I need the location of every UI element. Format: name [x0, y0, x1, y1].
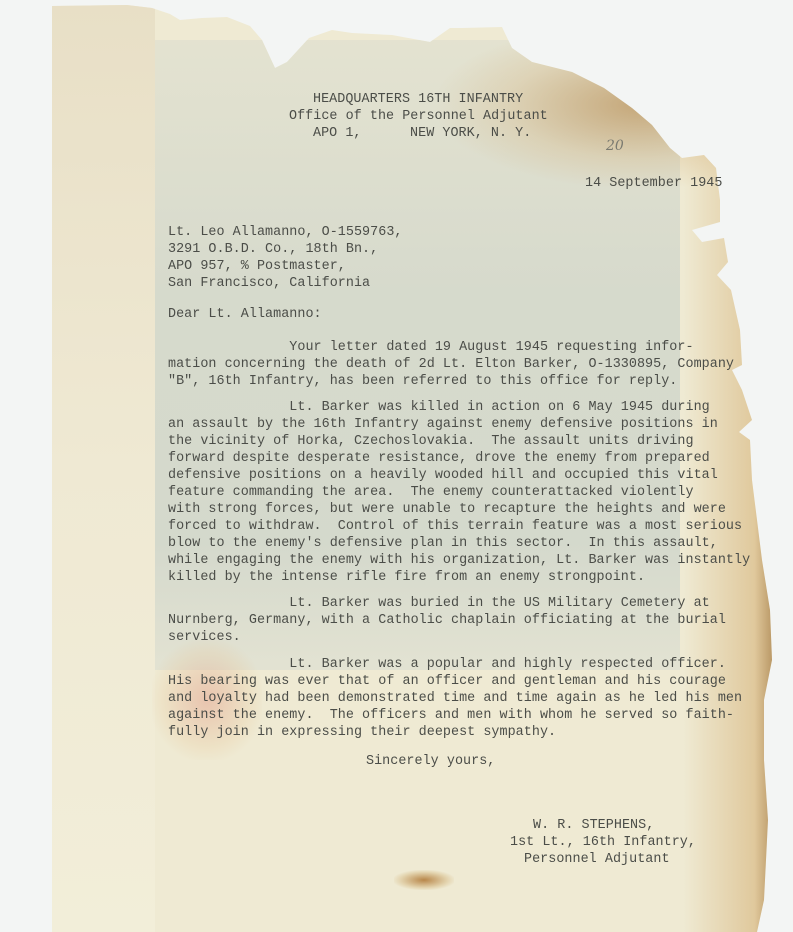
- body-line: killed by the intense rifle fire from an…: [168, 569, 645, 586]
- signature-name: W. R. STEPHENS,: [533, 817, 654, 834]
- letter-date: 14 September 1945: [585, 175, 722, 192]
- burn-spot: [394, 870, 454, 890]
- body-line: blow to the enemy's defensive plan in th…: [168, 535, 718, 552]
- recipient-line-4: San Francisco, California: [168, 275, 370, 292]
- body-line: against the enemy. The officers and men …: [168, 707, 734, 724]
- body-line: forward despite desperate resistance, dr…: [168, 450, 710, 467]
- handwritten-annotation: 20: [606, 138, 624, 154]
- body-line: with strong forces, but were unable to r…: [168, 501, 726, 518]
- signature-rank: 1st Lt., 16th Infantry,: [510, 834, 696, 851]
- body-line: His bearing was ever that of an officer …: [168, 673, 726, 690]
- body-line: "B", 16th Infantry, has been referred to…: [168, 373, 677, 390]
- body-line: and loyalty had been demonstrated time a…: [168, 690, 742, 707]
- signature-title: Personnel Adjutant: [524, 851, 670, 868]
- body-line: Nurnberg, Germany, with a Catholic chapl…: [168, 612, 726, 629]
- body-line: Lt. Barker was a popular and highly resp…: [168, 656, 726, 673]
- recipient-line-3: APO 957, % Postmaster,: [168, 258, 346, 275]
- body-line: Lt. Barker was killed in action on 6 May…: [168, 399, 710, 416]
- body-line: feature commanding the area. The enemy c…: [168, 484, 694, 501]
- salutation: Dear Lt. Allamanno:: [168, 306, 322, 323]
- letterhead-line-3: APO 1, NEW YORK, N. Y.: [313, 125, 531, 142]
- body-line: services.: [168, 629, 241, 646]
- body-line: Your letter dated 19 August 1945 request…: [168, 339, 694, 356]
- letterhead-line-2: Office of the Personnel Adjutant: [289, 108, 548, 125]
- recipient-line-2: 3291 O.B.D. Co., 18th Bn.,: [168, 241, 378, 258]
- body-line: an assault by the 16th Infantry against …: [168, 416, 718, 433]
- body-line: Lt. Barker was buried in the US Military…: [168, 595, 710, 612]
- body-line: while engaging the enemy with his organi…: [168, 552, 750, 569]
- body-line: forced to withdraw. Control of this terr…: [168, 518, 742, 535]
- letterhead-line-1: HEADQUARTERS 16TH INFANTRY: [313, 91, 523, 108]
- body-line: fully join in expressing their deepest s…: [168, 724, 556, 741]
- closing: Sincerely yours,: [366, 753, 495, 770]
- body-line: defensive positions on a heavily wooded …: [168, 467, 718, 484]
- recipient-line-1: Lt. Leo Allamanno, O-1559763,: [168, 224, 403, 241]
- paper-tone: [52, 0, 155, 932]
- body-line: mation concerning the death of 2d Lt. El…: [168, 356, 734, 373]
- body-line: the vicinity of Horka, Czechoslovakia. T…: [168, 433, 694, 450]
